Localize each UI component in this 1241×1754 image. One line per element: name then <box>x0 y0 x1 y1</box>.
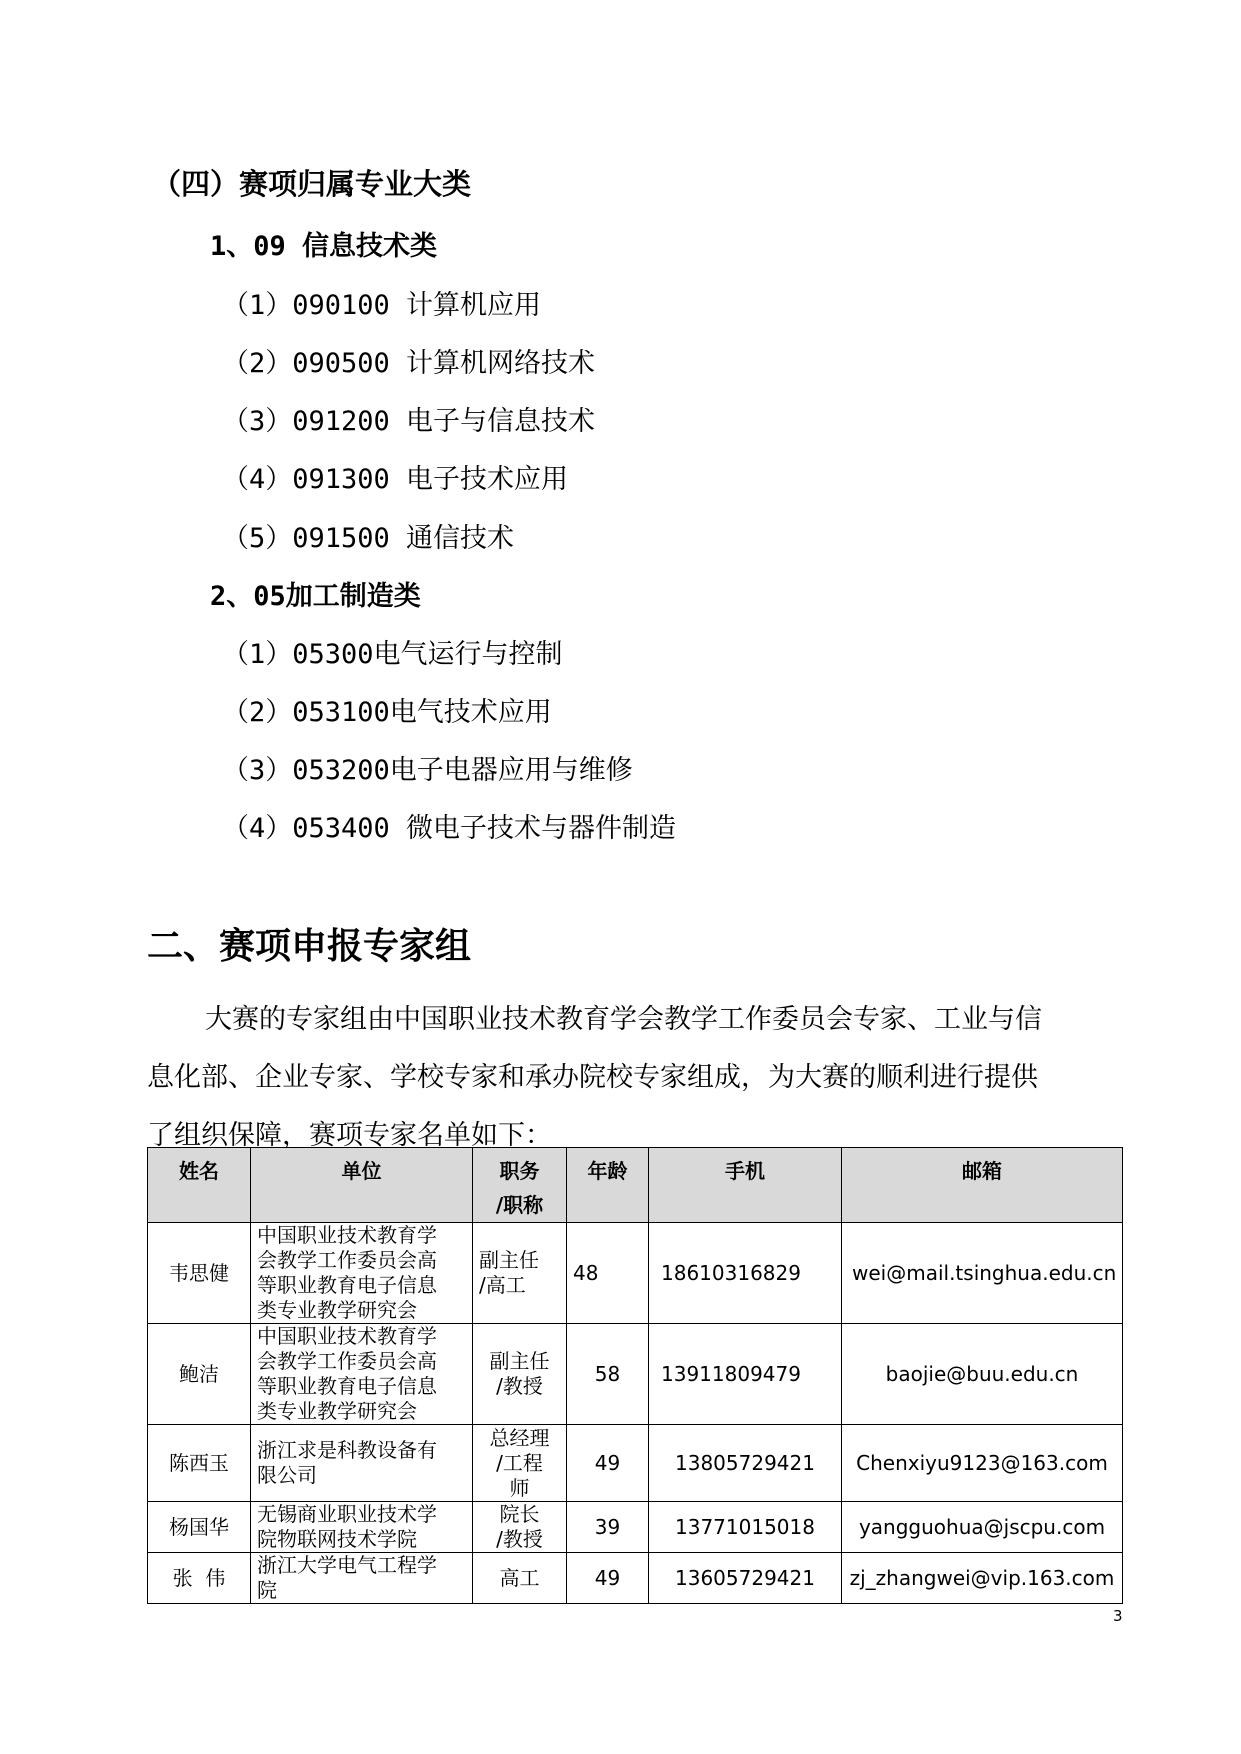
title-line: /高工 <box>479 1273 560 1298</box>
header-email: 邮箱 <box>842 1148 1123 1223</box>
cell-name: 陈西玉 <box>148 1425 251 1502</box>
header-title: 职务 /职称 <box>473 1148 567 1223</box>
cell-age: 48 <box>567 1223 649 1324</box>
header-title-line-1: 职务 <box>479 1154 560 1188</box>
list-item: （2）053100电气技术应用 <box>222 690 552 729</box>
title-line: /教授 <box>479 1527 560 1552</box>
table-row: 杨国华 无锡商业职业技术学 院物联网技术学院 院长 /教授 39 1377101… <box>148 1502 1123 1553</box>
unit-line: 类专业教学研究会 <box>257 1298 466 1323</box>
cell-title: 院长 /教授 <box>473 1502 567 1553</box>
title-line: 高工 <box>479 1566 560 1591</box>
table-row: 鲍洁 中国职业技术教育学 会教学工作委员会高 等职业教育电子信息 类专业教学研究… <box>148 1324 1123 1425</box>
paragraph-line: 大赛的专家组由中国职业技术教育学会教学工作委员会专家、工业与信 <box>205 997 1042 1036</box>
cell-phone: 13911809479 <box>649 1324 842 1425</box>
header-name: 姓名 <box>148 1148 251 1223</box>
cell-unit: 浙江求是科教设备有 限公司 <box>251 1425 473 1502</box>
unit-line: 会教学工作委员会高 <box>257 1349 466 1374</box>
cell-phone: 18610316829 <box>649 1223 842 1324</box>
table-row: 韦思健 中国职业技术教育学 会教学工作委员会高 等职业教育电子信息 类专业教学研… <box>148 1223 1123 1324</box>
unit-line: 浙江大学电气工程学 <box>257 1553 466 1578</box>
list-item: （4）091300 电子技术应用 <box>222 457 568 496</box>
category-heading-info-tech: 1、09 信息技术类 <box>210 224 437 263</box>
unit-line: 无锡商业职业技术学 <box>257 1502 466 1527</box>
cell-unit: 中国职业技术教育学 会教学工作委员会高 等职业教育电子信息 类专业教学研究会 <box>251 1223 473 1324</box>
cell-unit: 无锡商业职业技术学 院物联网技术学院 <box>251 1502 473 1553</box>
cell-age: 39 <box>567 1502 649 1553</box>
unit-line: 限公司 <box>257 1463 466 1488</box>
cell-name: 鲍洁 <box>148 1324 251 1425</box>
section-heading-major-category: （四）赛项归属专业大类 <box>152 162 471 203</box>
paragraph-line: 息化部、企业专家、学校专家和承办院校专家组成，为大赛的顺利进行提供 <box>147 1055 1038 1094</box>
cell-phone: 13605729421 <box>649 1553 842 1604</box>
section-heading-expert-group: 二、赛项申报专家组 <box>147 918 471 969</box>
cell-age: 49 <box>567 1425 649 1502</box>
table-row: 陈西玉 浙江求是科教设备有 限公司 总经理 /工程 师 49 138057294… <box>148 1425 1123 1502</box>
cell-title: 副主任 /教授 <box>473 1324 567 1425</box>
unit-line: 等职业教育电子信息 <box>257 1374 466 1399</box>
expert-table: 姓名 单位 职务 /职称 年龄 手机 邮箱 韦思健 中国职业技术教育学 会教学工… <box>147 1147 1123 1604</box>
unit-line: 浙江求是科教设备有 <box>257 1438 466 1463</box>
header-title-line-2: /职称 <box>479 1188 560 1222</box>
table-header-row: 姓名 单位 职务 /职称 年龄 手机 邮箱 <box>148 1148 1123 1223</box>
cell-unit: 浙江大学电气工程学 院 <box>251 1553 473 1604</box>
cell-title: 总经理 /工程 师 <box>473 1425 567 1502</box>
cell-unit: 中国职业技术教育学 会教学工作委员会高 等职业教育电子信息 类专业教学研究会 <box>251 1324 473 1425</box>
cell-name: 张 伟 <box>148 1553 251 1604</box>
list-item: （2）090500 计算机网络技术 <box>222 341 595 380</box>
list-item: （1）05300电气运行与控制 <box>222 632 563 671</box>
list-item: （3）053200电子电器应用与维修 <box>222 748 633 787</box>
title-line: 副主任 <box>479 1248 560 1273</box>
cell-name: 韦思健 <box>148 1223 251 1324</box>
cell-phone: 13805729421 <box>649 1425 842 1502</box>
list-item: （4）053400 微电子技术与器件制造 <box>222 806 676 845</box>
cell-email: Chenxiyu9123@163.com <box>842 1425 1123 1502</box>
unit-line: 中国职业技术教育学 <box>257 1223 466 1248</box>
cell-email: yangguohua@jscpu.com <box>842 1502 1123 1553</box>
unit-line: 等职业教育电子信息 <box>257 1273 466 1298</box>
list-item: （3）091200 电子与信息技术 <box>222 399 595 438</box>
list-item: （1）090100 计算机应用 <box>222 283 541 322</box>
title-line: /教授 <box>479 1374 560 1399</box>
header-unit: 单位 <box>251 1148 473 1223</box>
cell-age: 58 <box>567 1324 649 1425</box>
category-heading-manufacturing: 2、05加工制造类 <box>210 574 421 613</box>
header-age: 年龄 <box>567 1148 649 1223</box>
list-item: （5）091500 通信技术 <box>222 516 514 555</box>
unit-line: 中国职业技术教育学 <box>257 1324 466 1349</box>
cell-age: 49 <box>567 1553 649 1604</box>
cell-email: baojie@buu.edu.cn <box>842 1324 1123 1425</box>
cell-title: 副主任 /高工 <box>473 1223 567 1324</box>
cell-title: 高工 <box>473 1553 567 1604</box>
unit-line: 院物联网技术学院 <box>257 1527 466 1552</box>
unit-line: 会教学工作委员会高 <box>257 1248 466 1273</box>
cell-name: 杨国华 <box>148 1502 251 1553</box>
title-line: 师 <box>479 1476 560 1501</box>
table-row: 张 伟 浙江大学电气工程学 院 高工 49 13605729421 zj_zha… <box>148 1553 1123 1604</box>
title-line: 总经理 <box>479 1426 560 1451</box>
title-line: 副主任 <box>479 1349 560 1374</box>
unit-line: 院 <box>257 1578 466 1603</box>
title-line: 院长 <box>479 1502 560 1527</box>
page-number: 3 <box>1113 1607 1123 1625</box>
cell-email: wei@mail.tsinghua.edu.cn <box>842 1223 1123 1324</box>
header-phone: 手机 <box>649 1148 842 1223</box>
cell-phone: 13771015018 <box>649 1502 842 1553</box>
unit-line: 类专业教学研究会 <box>257 1399 466 1424</box>
cell-email: zj_zhangwei@vip.163.com <box>842 1553 1123 1604</box>
title-line: /工程 <box>479 1451 560 1476</box>
